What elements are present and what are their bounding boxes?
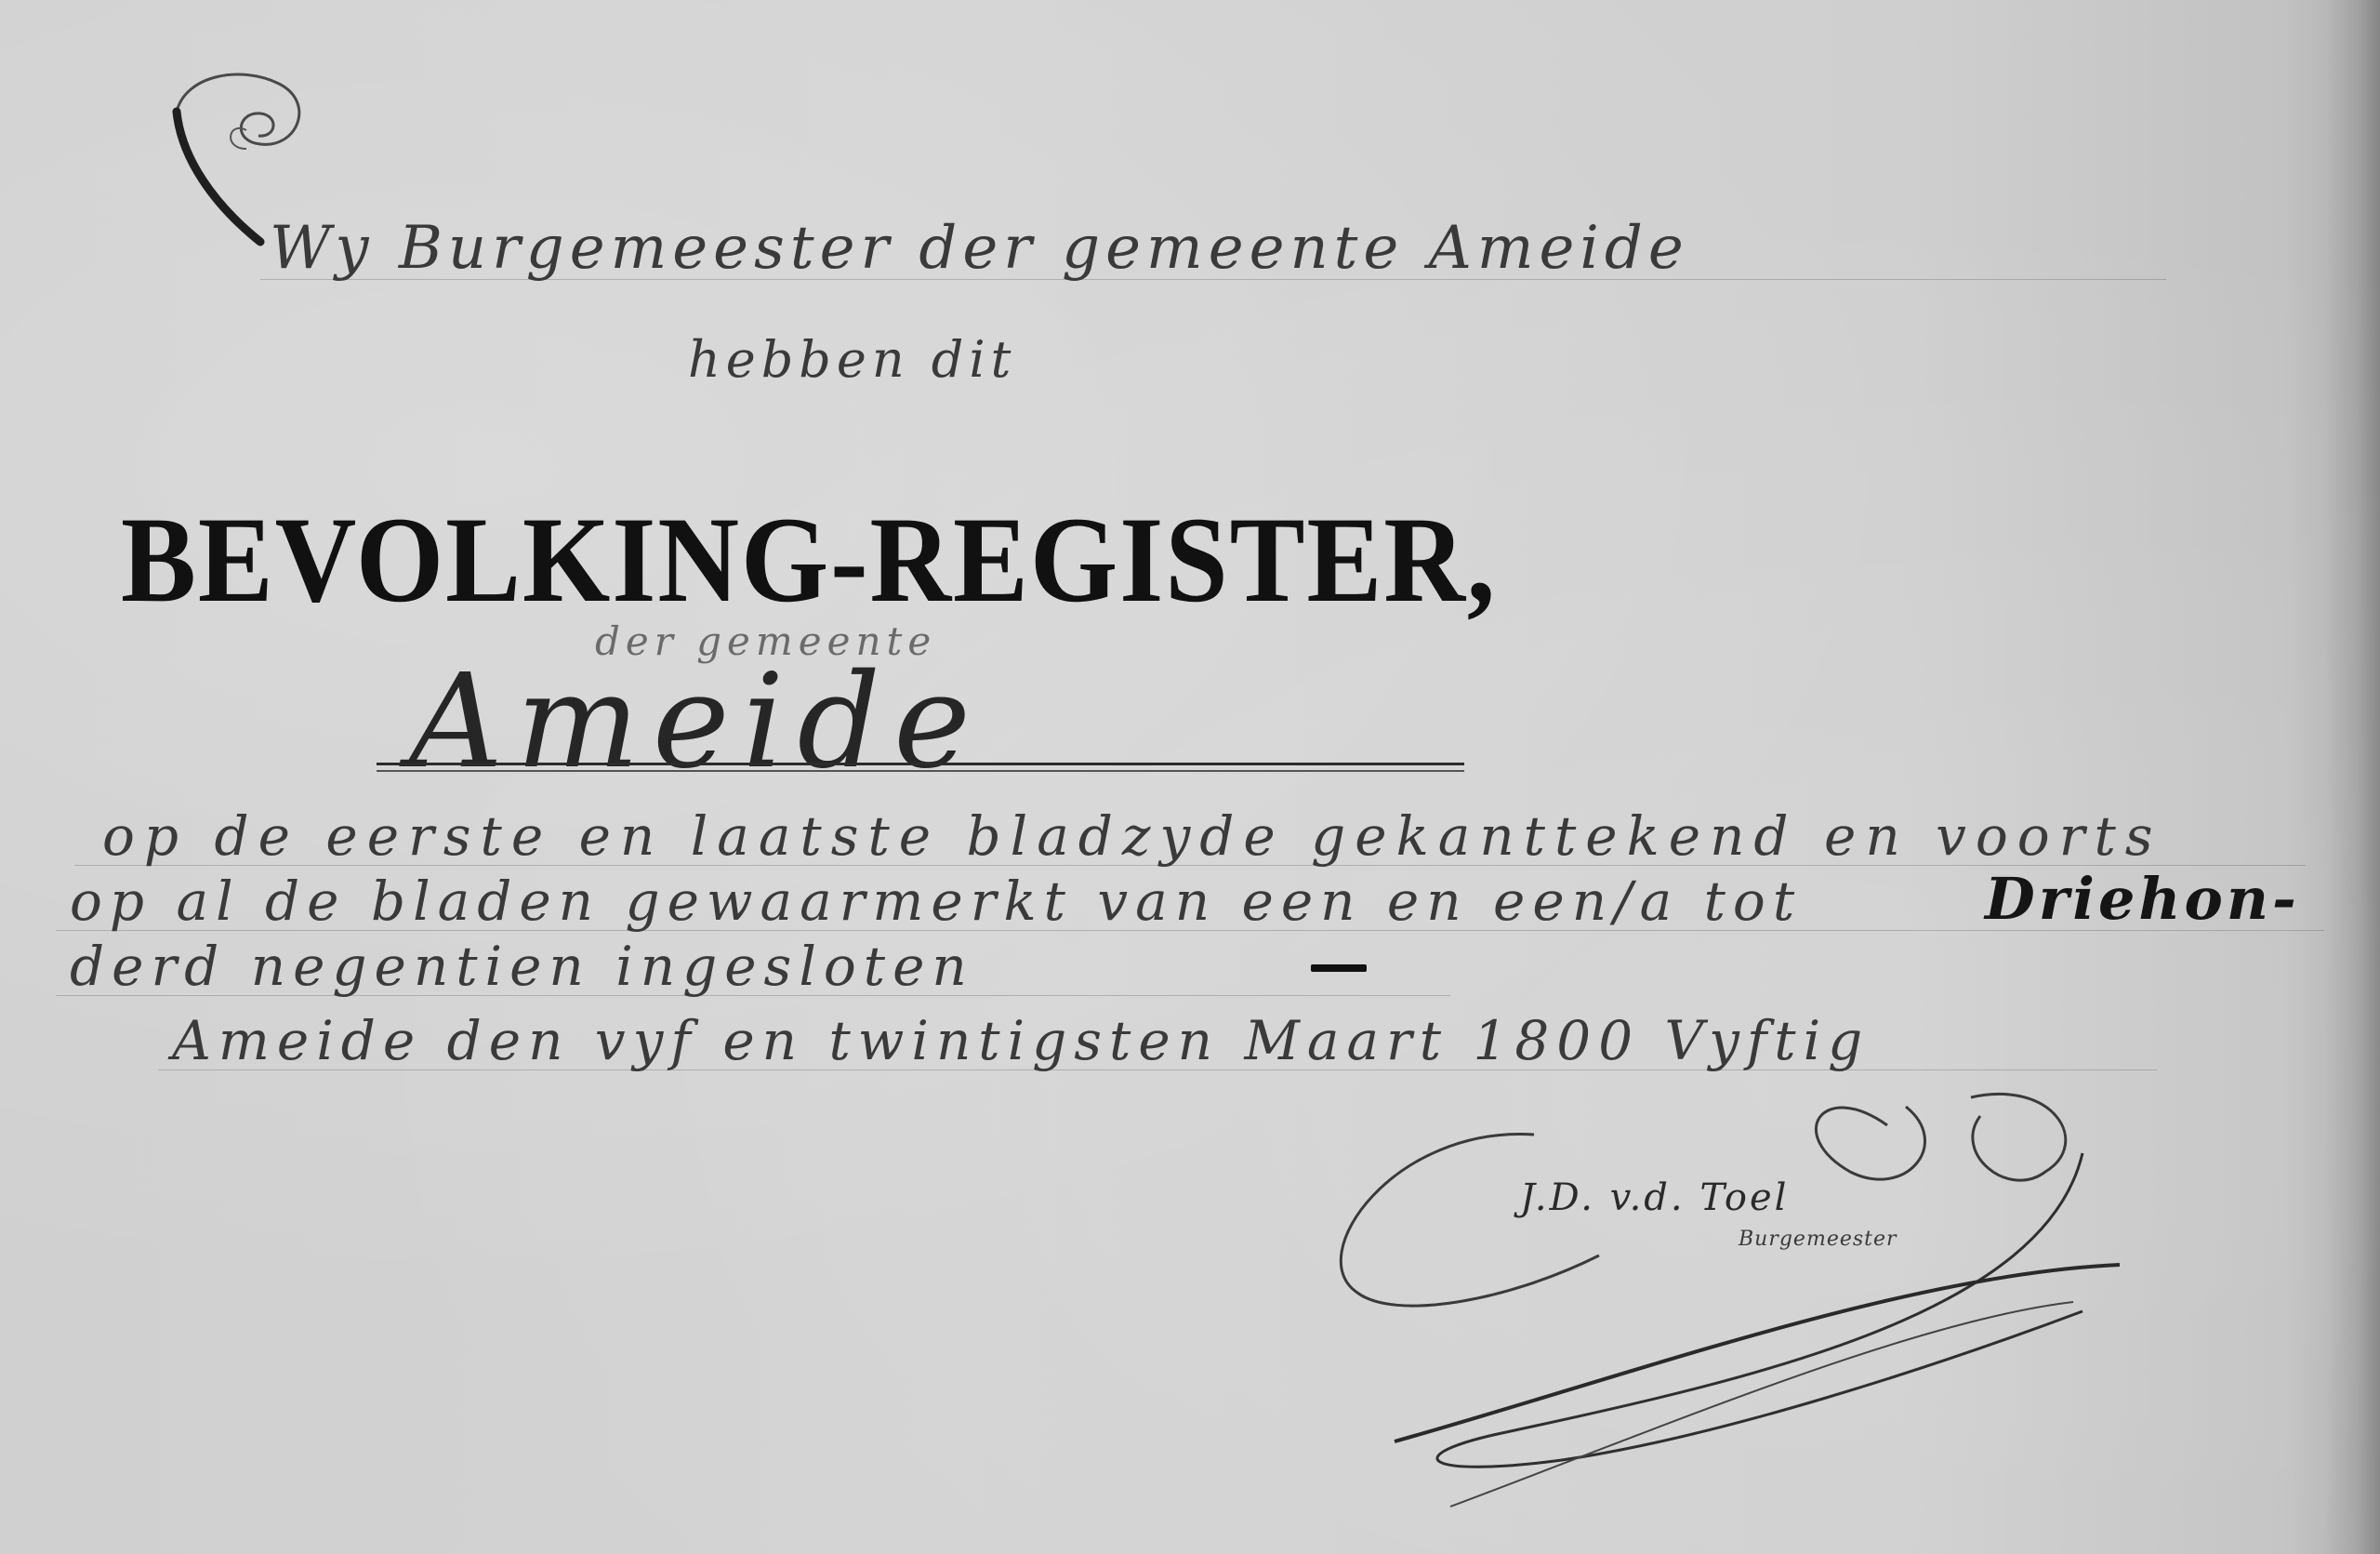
document-title: BEVOLKING-REGISTER, (121, 488, 1497, 631)
page-binding-edge (2324, 0, 2380, 1554)
body-line-2-emphasis: Driehon- (1985, 865, 2300, 933)
title-underline (377, 763, 1464, 765)
header-line-burgemeester: Wy Burgemeester der gemeente Ameide (270, 214, 1689, 283)
signature-name: J.D. v.d. Toel (1520, 1176, 1789, 1219)
municipality-name: Ameide (409, 646, 984, 798)
date-line: Ameide den vyf en twintigsten Maart 1800… (172, 1009, 1870, 1072)
body-line-2: op al de bladen gewaarmerkt van een en e… (70, 870, 1802, 933)
signature-title: Burgemeester (1739, 1228, 1897, 1251)
title-underline-secondary (377, 770, 1464, 772)
body-line-1: op de eerste en laatste bladzyde gekantt… (102, 804, 2162, 868)
body-line-3: derd negentien ingesloten (70, 935, 974, 998)
signature-flourish-icon (1116, 1069, 2138, 1534)
closing-dash (1311, 964, 1367, 972)
header-line-hebben-dit: hebben dit (688, 330, 1016, 389)
